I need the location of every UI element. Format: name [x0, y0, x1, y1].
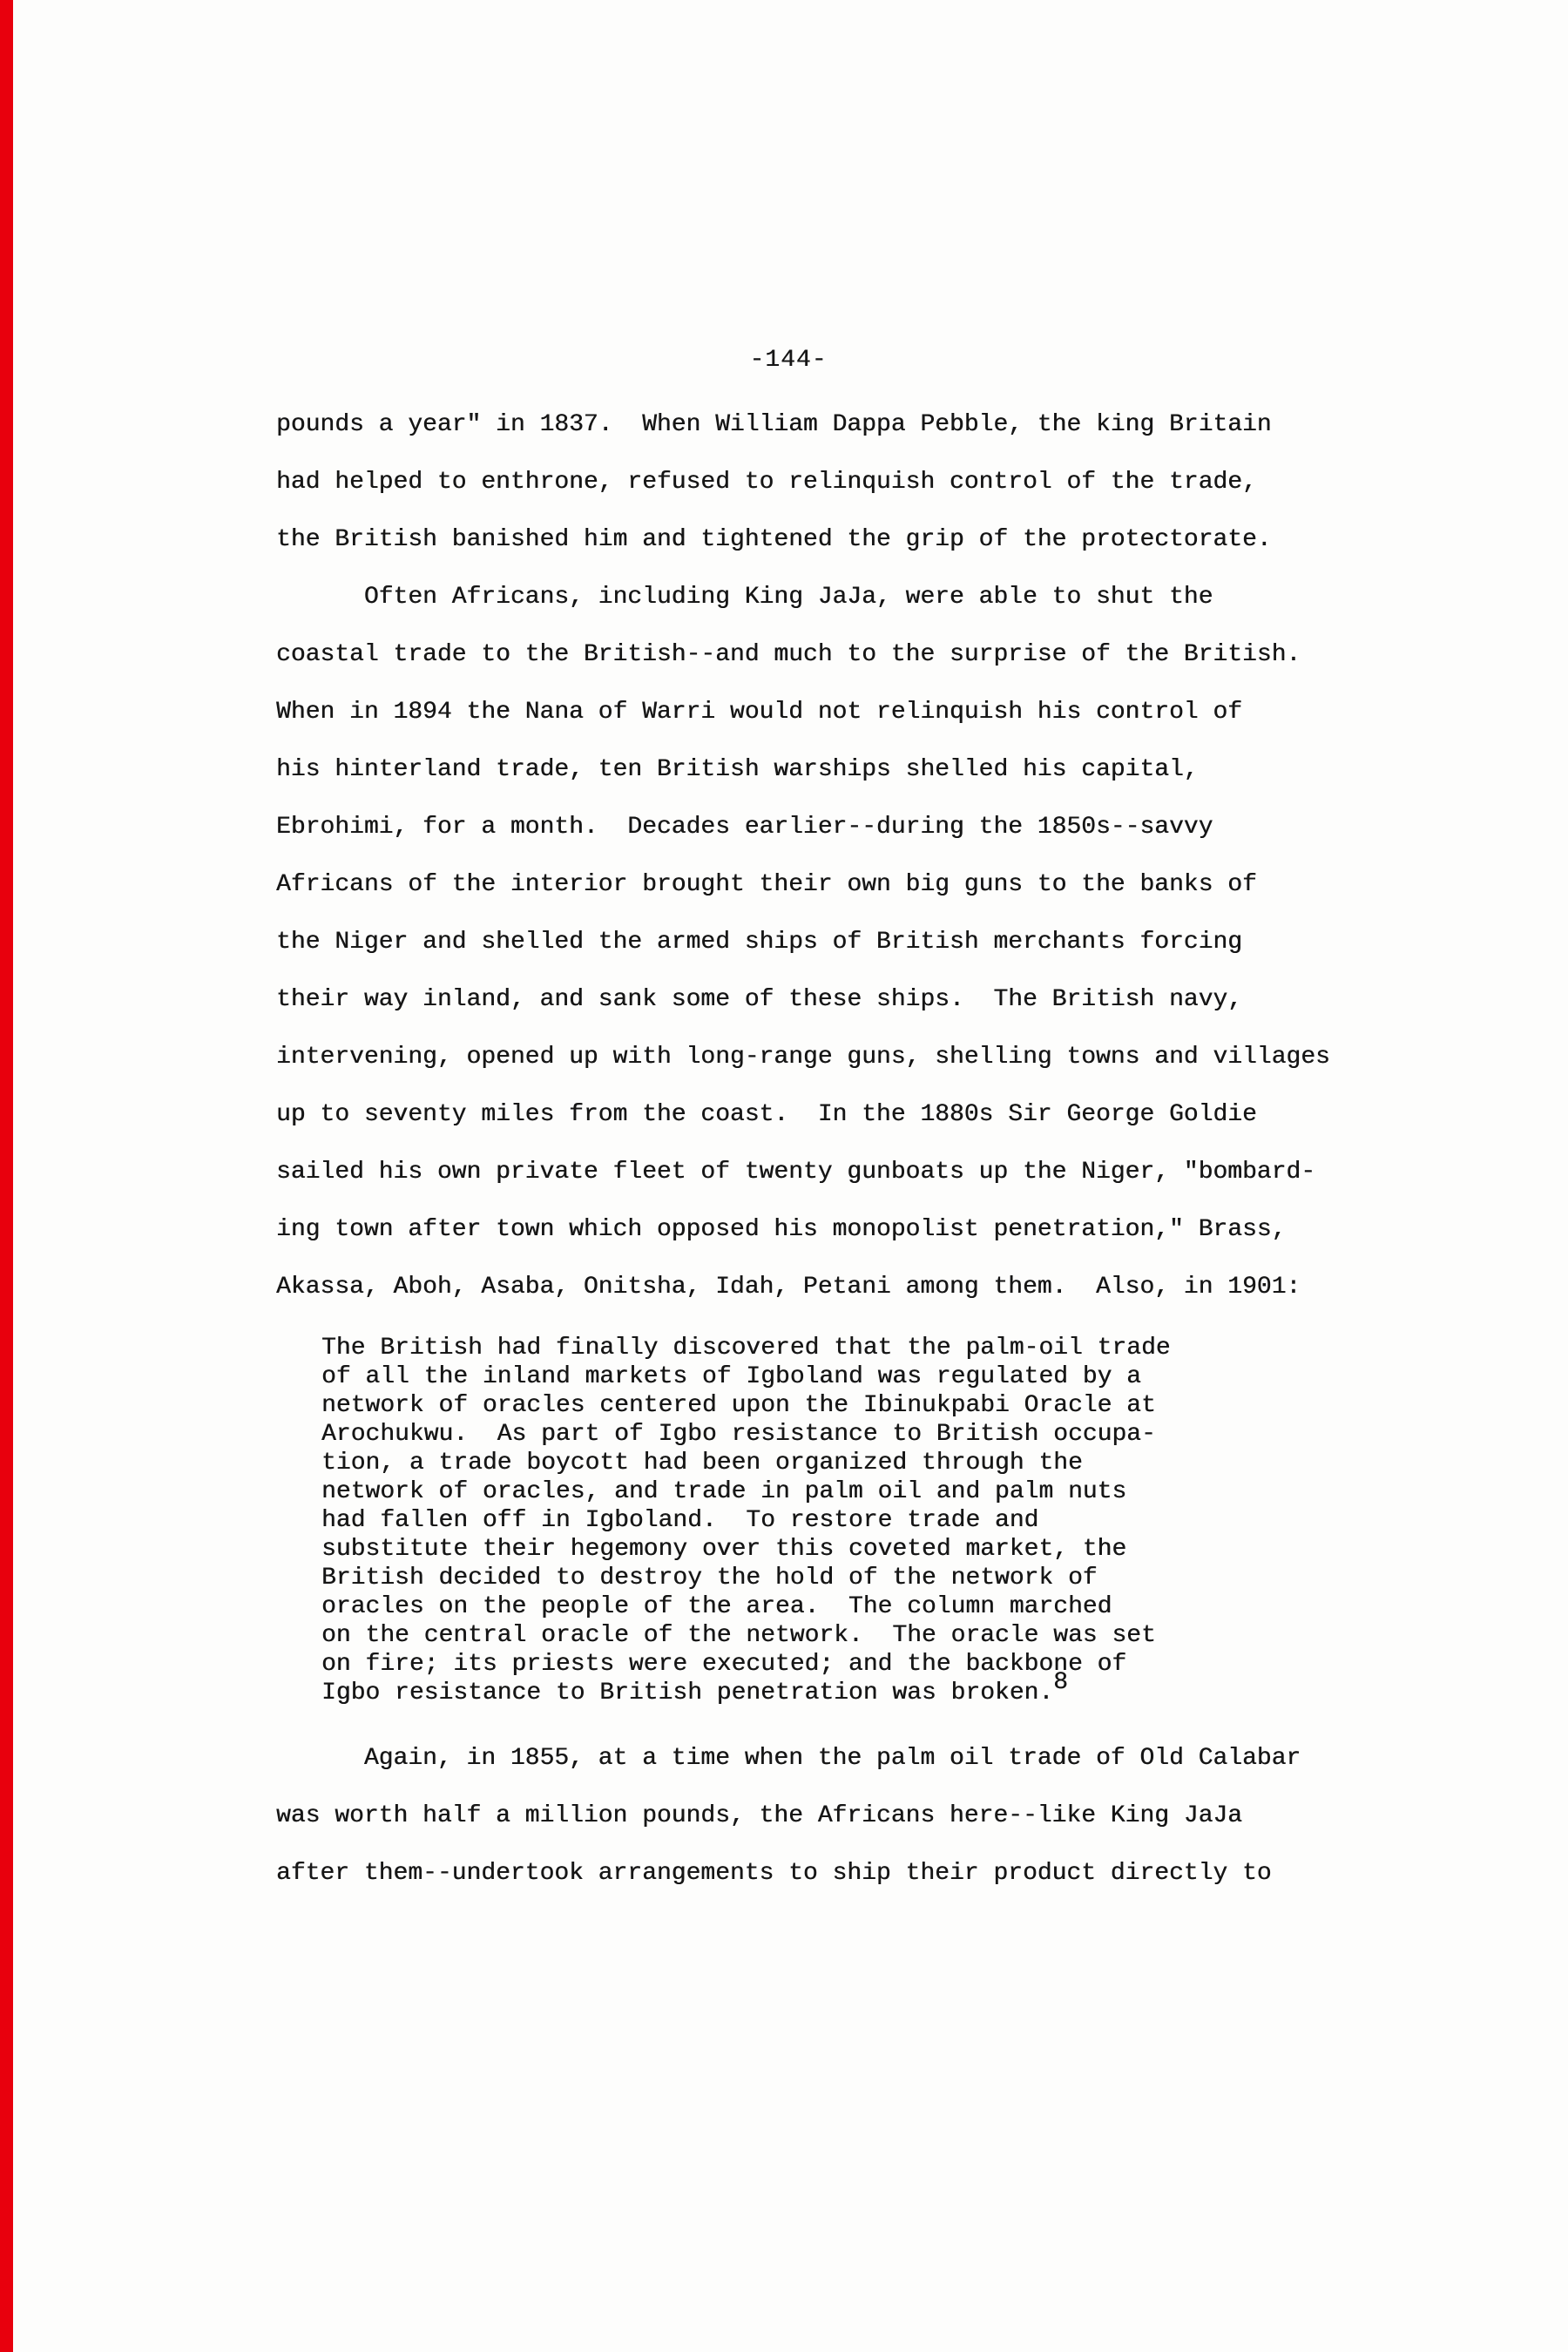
text-line: Often Africans, including King JaJa, wer…: [276, 569, 1409, 626]
text-line: of all the inland markets of Igboland wa…: [321, 1362, 1409, 1391]
text-line: oracles on the people of the area. The c…: [321, 1592, 1409, 1621]
text-line: Again, in 1855, at a time when the palm …: [276, 1730, 1409, 1788]
text-line: up to seventy miles from the coast. In t…: [276, 1086, 1409, 1144]
text-line: on the central oracle of the network. Th…: [321, 1621, 1409, 1650]
text-line: tion, a trade boycott had been organized…: [321, 1449, 1409, 1477]
text-line: Akassa, Aboh, Asaba, Onitsha, Idah, Peta…: [276, 1259, 1409, 1316]
closing-paragraph: Again, in 1855, at a time when the palm …: [276, 1730, 1409, 1903]
page-number: -144-: [274, 347, 1302, 374]
text-line: Africans of the interior brought their o…: [276, 856, 1409, 914]
text-line: pounds a year" in 1837. When William Dap…: [276, 396, 1409, 454]
scanned-document-page: -144- pounds a year" in 1837. When Willi…: [0, 0, 1568, 2352]
text-line: on fire; its priests were executed; and …: [321, 1650, 1409, 1679]
text-line: Arochukwu. As part of Igbo resistance to…: [321, 1420, 1409, 1449]
text-line: sailed his own private fleet of twenty g…: [276, 1144, 1409, 1201]
text-line: intervening, opened up with long-range g…: [276, 1029, 1409, 1086]
text-line: had helped to enthrone, refused to relin…: [276, 454, 1409, 511]
text-line: coastal trade to the British--and much t…: [276, 626, 1409, 684]
text-line: the British banished him and tightened t…: [276, 511, 1409, 569]
typewritten-text-area: pounds a year" in 1837. When William Dap…: [276, 396, 1409, 1903]
text-line: When in 1894 the Nana of Warri would not…: [276, 684, 1409, 741]
block-quote: The British had finally discovered that …: [321, 1334, 1409, 1707]
text-line: after them--undertook arrangements to sh…: [276, 1845, 1409, 1903]
text-line: The British had finally discovered that …: [321, 1334, 1409, 1362]
text-line: network of oracles, and trade in palm oi…: [321, 1477, 1409, 1506]
text-line: their way inland, and sank some of these…: [276, 971, 1409, 1029]
text-line: substitute their hegemony over this cove…: [321, 1535, 1409, 1564]
text-line: ing town after town which opposed his mo…: [276, 1201, 1409, 1259]
quote-last-line-text: Igbo resistance to British penetration w…: [321, 1680, 1053, 1707]
body-paragraphs: pounds a year" in 1837. When William Dap…: [276, 396, 1409, 1316]
text-line: British decided to destroy the hold of t…: [321, 1564, 1409, 1592]
text-line: the Niger and shelled the armed ships of…: [276, 914, 1409, 971]
red-margin-stripe: [0, 0, 13, 2352]
text-line: network of oracles centered upon the Ibi…: [321, 1391, 1409, 1420]
text-line: was worth half a million pounds, the Afr…: [276, 1788, 1409, 1845]
quote-last-line: Igbo resistance to British penetration w…: [321, 1679, 1409, 1707]
text-line: his hinterland trade, ten British warshi…: [276, 741, 1409, 799]
text-line: had fallen off in Igboland. To restore t…: [321, 1506, 1409, 1535]
text-line: Ebrohimi, for a month. Decades earlier--…: [276, 799, 1409, 856]
